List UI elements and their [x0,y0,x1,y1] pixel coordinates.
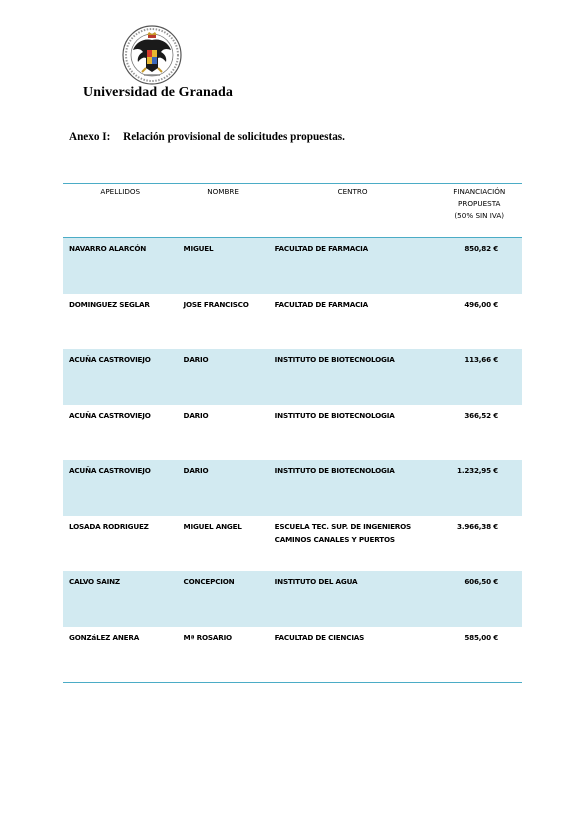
table-row: DOMINGUEZ SEGLAR JOSE FRANCISCO FACULTAD… [63,294,522,350]
cell-apellidos: ACUÑA CASTROVIEJO [63,405,178,461]
cell-apellidos: DOMINGUEZ SEGLAR [63,294,178,350]
column-header-nombre: NOMBRE [178,184,269,238]
cell-nombre: MIGUEL ANGEL [178,516,269,572]
table-row: LOSADA RODRIGUEZ MIGUEL ANGEL ESCUELA TE… [63,516,522,572]
column-header-financiacion-line2: PROPUESTA [440,198,518,210]
column-header-centro: CENTRO [269,184,437,238]
cell-nombre: JOSE FRANCISCO [178,294,269,350]
cell-importe: 496,00 € [436,294,522,350]
cell-centro-line: INSTITUTO DE BIOTECNOLOGIA [275,464,433,477]
cell-centro: INSTITUTO DE BIOTECNOLOGIA [269,349,437,405]
cell-apellidos: CALVO SAINZ [63,571,178,627]
cell-apellidos: ACUÑA CASTROVIEJO [63,460,178,516]
university-name: Universidad de Granada [83,85,233,101]
column-header-financiacion-line1: FINANCIACIÓN [440,186,518,198]
cell-nombre: DARIO [178,405,269,461]
column-header-financiacion-line3: (50% SIN IVA) [440,210,518,222]
cell-apellidos: LOSADA RODRIGUEZ [63,516,178,572]
annex-heading: Anexo I: Relación provisional de solicit… [69,131,345,143]
cell-nombre: DARIO [178,349,269,405]
cell-importe: 606,50 € [436,571,522,627]
cell-importe: 585,00 € [436,627,522,683]
table-row: GONZáLEZ ANERA Mª ROSARIO FACULTAD DE CI… [63,627,522,683]
table-row: NAVARRO ALARCÓN MIGUEL FACULTAD DE FARMA… [63,238,522,294]
cell-importe: 3.966,38 € [436,516,522,572]
cell-centro-line: INSTITUTO DE BIOTECNOLOGIA [275,409,433,422]
cell-importe: 366,52 € [436,405,522,461]
cell-importe: 1.232,95 € [436,460,522,516]
university-crest-icon [122,24,182,86]
cell-centro-line: FACULTAD DE CIENCIAS [275,631,433,644]
cell-apellidos: GONZáLEZ ANERA [63,627,178,683]
cell-apellidos: ACUÑA CASTROVIEJO [63,349,178,405]
cell-importe: 113,66 € [436,349,522,405]
cell-importe: 850,82 € [436,238,522,294]
cell-centro: ESCUELA TEC. SUP. DE INGENIEROS CAMINOS … [269,516,437,572]
cell-centro: INSTITUTO DE BIOTECNOLOGIA [269,405,437,461]
annex-title: Relación provisional de solicitudes prop… [123,131,345,143]
cell-centro: FACULTAD DE FARMACIA [269,294,437,350]
table-header-row: APELLIDOS NOMBRE CENTRO FINANCIACIÓN PRO… [63,184,522,238]
cell-nombre: DARIO [178,460,269,516]
table-row: CALVO SAINZ CONCEPCION INSTITUTO DEL AGU… [63,571,522,627]
annex-label: Anexo I: [69,131,110,143]
applications-table: APELLIDOS NOMBRE CENTRO FINANCIACIÓN PRO… [63,183,522,683]
table-row: ACUÑA CASTROVIEJO DARIO INSTITUTO DE BIO… [63,405,522,461]
cell-centro: FACULTAD DE CIENCIAS [269,627,437,683]
cell-nombre: CONCEPCION [178,571,269,627]
cell-centro-line: ESCUELA TEC. SUP. DE INGENIEROS [275,520,433,533]
cell-nombre: MIGUEL [178,238,269,294]
cell-apellidos: NAVARRO ALARCÓN [63,238,178,294]
cell-centro-line: INSTITUTO DEL AGUA [275,575,433,588]
column-header-financiacion: FINANCIACIÓN PROPUESTA (50% SIN IVA) [436,184,522,238]
cell-centro: INSTITUTO DEL AGUA [269,571,437,627]
column-header-apellidos: APELLIDOS [63,184,178,238]
cell-centro-line: INSTITUTO DE BIOTECNOLOGIA [275,353,433,366]
cell-centro-line: FACULTAD DE FARMACIA [275,242,433,255]
cell-nombre: Mª ROSARIO [178,627,269,683]
cell-centro: FACULTAD DE FARMACIA [269,238,437,294]
cell-centro-line: FACULTAD DE FARMACIA [275,298,433,311]
table-row: ACUÑA CASTROVIEJO DARIO INSTITUTO DE BIO… [63,349,522,405]
table-row: ACUÑA CASTROVIEJO DARIO INSTITUTO DE BIO… [63,460,522,516]
cell-centro-line: CAMINOS CANALES Y PUERTOS [275,533,433,546]
cell-centro: INSTITUTO DE BIOTECNOLOGIA [269,460,437,516]
